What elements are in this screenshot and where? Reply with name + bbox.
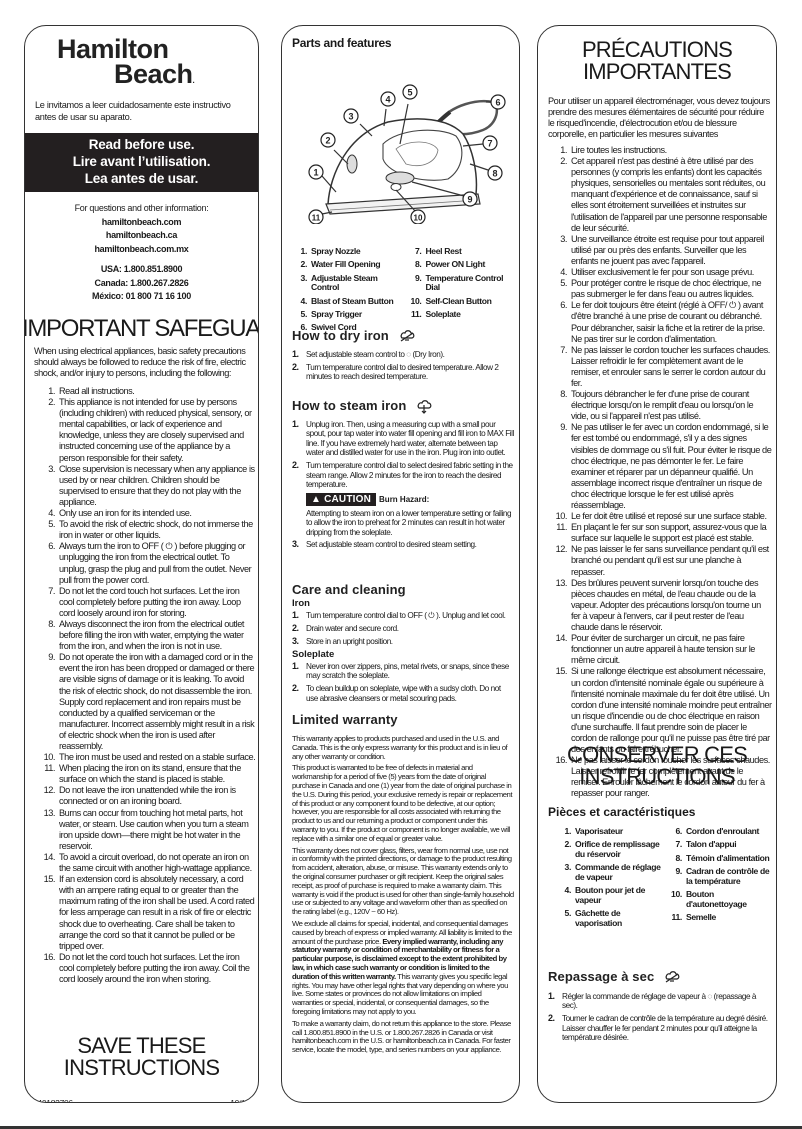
item-number: 8.: [548, 389, 567, 400]
steam-iron-heading: How to steam iron: [292, 398, 432, 414]
item-number: 2.: [548, 156, 567, 167]
list-item: 8.Toujours débrancher le fer d'une prise…: [548, 389, 772, 422]
item-text: Read all instructions.: [59, 386, 134, 396]
part-number: 1.: [294, 247, 307, 257]
part-item: 1.Spray Nozzle: [294, 247, 406, 257]
list-item: 3.Store in an upright position.: [292, 637, 514, 646]
item-text: Always disconnect the iron from the elec…: [59, 619, 244, 651]
banner-line-en: Read before use.: [25, 136, 258, 153]
list-item: 13.Des brûlures peuvent survenir lorsqu'…: [548, 578, 772, 633]
item-number: 3.: [34, 464, 55, 475]
item-text: If an extension cord is absolutely neces…: [59, 874, 254, 951]
item-number: 8.: [34, 619, 55, 630]
svg-text:3: 3: [348, 112, 353, 122]
list-item: 11.When placing the iron on its stand, e…: [34, 763, 256, 785]
item-text: Set adjustable steam control to desired …: [306, 540, 477, 549]
item-number: 14.: [34, 852, 55, 863]
precautions-title-line-1: PRÉCAUTIONS: [538, 39, 776, 61]
steam-icon: [416, 400, 432, 414]
item-number: 2.: [34, 397, 55, 408]
part-item: 7.Talon d'appui: [667, 840, 773, 850]
item-number: 2.: [292, 624, 299, 633]
part-item: 6.Cordon d'enroulant: [667, 827, 773, 837]
part-item: 8.Power ON Light: [406, 260, 514, 270]
item-number: 1.: [34, 386, 55, 397]
dry-iron-title: How to dry iron: [292, 328, 389, 343]
precautions-title-line-2: IMPORTANTES: [538, 61, 776, 83]
item-number: 1.: [292, 611, 299, 620]
part-item: 2.Water Fill Opening: [294, 260, 406, 270]
part-number: 3.: [558, 863, 571, 873]
part-number: 10.: [406, 297, 421, 307]
caution-badge: ▲ CAUTION: [306, 493, 376, 506]
part-number: 2.: [294, 260, 307, 270]
item-number: 7.: [34, 586, 55, 597]
item-text: Des brûlures peuvent survenir lorsqu'on …: [571, 578, 761, 632]
list-item: 12.Do not leave the iron unattended whil…: [34, 785, 256, 807]
website-ca[interactable]: hamiltonbeach.ca: [25, 229, 258, 243]
list-item: 12.Ne pas laisser le fer sans surveillan…: [548, 544, 772, 577]
list-item: 1.Unplug iron. Then, using a measuring c…: [292, 420, 514, 458]
part-label: Orifice de remplissage du réservoir: [575, 839, 660, 859]
list-item: 4.Utiliser exclusivement le fer pour son…: [548, 267, 772, 278]
care-cleaning-heading: Care and cleaning: [292, 582, 406, 597]
limited-warranty-heading: Limited warranty: [292, 712, 398, 727]
item-number: 4.: [34, 508, 55, 519]
item-text: Burns can occur from touching hot metal …: [59, 808, 248, 851]
svg-text:4: 4: [385, 95, 390, 105]
svg-text:1: 1: [313, 168, 318, 178]
contact-info: For questions and other information: ham…: [25, 202, 258, 304]
list-item: 3.Set adjustable steam control to desire…: [292, 540, 514, 549]
list-item: 2.Turn temperature control dial to selec…: [292, 461, 514, 489]
item-number: 12.: [548, 544, 567, 555]
list-item: 1.Lire toutes les instructions.: [548, 145, 772, 156]
part-label: Spray Trigger: [311, 309, 362, 319]
item-number: 6.: [34, 541, 55, 552]
item-text: Pour éviter de surcharger un circuit, ne…: [571, 633, 755, 665]
date-code: 10/18: [230, 1098, 250, 1103]
precautions-intro: Pour utiliser un appareil électroménager…: [548, 96, 772, 140]
read-before-use-banner: Read before use. Lire avant l’utilisatio…: [25, 133, 258, 192]
item-number: 9.: [548, 422, 567, 433]
part-number: 2.: [558, 840, 571, 850]
conserver-line-1: CONSERVER CES: [538, 744, 776, 766]
banner-line-es: Lea antes de usar.: [25, 170, 258, 187]
list-item: 2.To clean buildup on soleplate, wipe wi…: [292, 684, 514, 703]
part-number: 1.: [558, 827, 571, 837]
item-number: 14.: [548, 633, 567, 644]
item-number: 7.: [548, 345, 567, 356]
item-text: Turn temperature control dial to OFF ( ⏻…: [306, 611, 505, 620]
item-text: Never iron over zippers, pins, metal riv…: [306, 662, 509, 680]
part-label: Vaporisateur: [575, 826, 623, 836]
iron-care-steps: 1.Turn temperature control dial to OFF (…: [292, 611, 514, 650]
item-text: Only use an iron for its intended use.: [59, 508, 192, 518]
list-item: 3.Close supervision is necessary when an…: [34, 464, 256, 508]
item-text: Ne pas laisser le cordon toucher les sur…: [571, 345, 770, 388]
part-label: Power ON Light: [425, 259, 485, 269]
part-label: Témoin d'alimentation: [686, 853, 770, 863]
list-item: 2.This appliance is not intended for use…: [34, 397, 256, 464]
item-number: 1.: [292, 662, 299, 671]
item-number: 3.: [292, 540, 299, 549]
precautions-title: PRÉCAUTIONS IMPORTANTES: [538, 39, 776, 83]
part-item: 11.Soleplate: [406, 310, 514, 320]
part-number: 4.: [558, 886, 571, 896]
item-number: 10.: [548, 511, 567, 522]
part-label: Commande de réglage de vapeur: [575, 862, 661, 882]
soleplate-subheading: Soleplate: [292, 649, 334, 660]
part-item: 10.Bouton d'autonettoyage: [667, 890, 773, 909]
item-number: 2.: [292, 461, 299, 470]
parts-and-usage-panel: Parts and features 1 2 3 4 5: [281, 25, 520, 1103]
website-mx[interactable]: hamiltonbeach.com.mx: [25, 243, 258, 257]
phone-mexico: México: 01 800 71 16 100: [25, 290, 258, 304]
warranty-paragraph: To make a warranty claim, do not return …: [292, 1020, 514, 1055]
item-text: Le fer doit être utilisé et reposé sur u…: [571, 511, 767, 521]
part-label: Soleplate: [425, 309, 460, 319]
item-text: Une surveillance étroite est requise pou…: [571, 234, 764, 266]
part-label: Semelle: [686, 912, 716, 922]
warranty-paragraph: This product is warranted to be free of …: [292, 764, 514, 843]
list-item: 9.Do not operate the iron with a damaged…: [34, 652, 256, 752]
parts-list: 1.Spray Nozzle2.Water Fill Opening3.Adju…: [294, 247, 514, 337]
dry-iron-icon: [399, 330, 415, 344]
website-us[interactable]: hamiltonbeach.com: [25, 216, 258, 230]
part-label: Temperature Control Dial: [425, 273, 503, 293]
list-item: 6.Always turn the iron to OFF ( ⏻ ) befo…: [34, 541, 256, 585]
list-item: 4.Only use an iron for its intended use.: [34, 508, 256, 519]
list-item: 2.Drain water and secure cord.: [292, 624, 514, 633]
parts-features-title: Parts and features: [292, 36, 391, 50]
item-number: 15.: [34, 874, 55, 885]
list-item: 2.Tourner le cadran de contrôle de la te…: [548, 1014, 770, 1042]
item-text: Store in an upright position.: [306, 637, 393, 646]
part-number: 840182706: [33, 1098, 73, 1103]
caution-body: Attempting to steam iron on a lower temp…: [292, 509, 514, 537]
item-text: Do not let the cord touch hot surfaces. …: [59, 952, 250, 984]
list-item: 1.Turn temperature control dial to OFF (…: [292, 611, 514, 620]
item-number: 3.: [292, 637, 299, 646]
item-number: 2.: [548, 1014, 555, 1023]
part-label: Spray Nozzle: [311, 246, 360, 256]
iron-diagram: 1 2 3 4 5 6 7 8 9 10 11: [288, 54, 516, 224]
item-number: 16.: [34, 952, 55, 963]
item-number: 11.: [34, 763, 55, 774]
list-item: 2.Cet appareil n'est pas destiné à être …: [548, 156, 772, 234]
banner-line-fr: Lire avant l’utilisation.: [25, 153, 258, 170]
part-item: 1.Vaporisateur: [558, 827, 667, 837]
part-item: 8.Témoin d'alimentation: [667, 854, 773, 864]
list-item: 14.Pour éviter de surcharger un circuit,…: [548, 633, 772, 666]
list-item: 5.To avoid the risk of electric shock, d…: [34, 519, 256, 541]
svg-text:9: 9: [467, 195, 472, 205]
part-number: 6.: [667, 827, 682, 837]
repassage-sec-title: Repassage à sec: [548, 969, 654, 984]
part-item: 3.Adjustable Steam Control: [294, 274, 406, 293]
part-number: 11.: [667, 913, 682, 923]
item-number: 2.: [292, 684, 299, 693]
item-text: Do not let the cord touch hot surfaces. …: [59, 586, 241, 618]
item-text: To avoid the risk of electric shock, do …: [59, 519, 253, 540]
item-number: 13.: [34, 808, 55, 819]
item-number: 5.: [548, 278, 567, 289]
phone-usa: USA: 1.800.851.8900: [25, 263, 258, 277]
part-item: 10.Self-Clean Button: [406, 297, 514, 307]
item-number: 2.: [292, 363, 299, 372]
item-text: Ne pas utiliser le fer avec un cordon en…: [571, 422, 771, 510]
item-text: Si une rallonge électrique est absolumen…: [571, 666, 772, 754]
part-number: 10.: [667, 890, 682, 900]
part-number: 9.: [406, 274, 421, 284]
part-item: 11.Semelle: [667, 913, 773, 923]
caution-row: ▲ CAUTIONBurn Hazard:: [306, 493, 514, 506]
part-number: 5.: [558, 909, 571, 919]
list-item: 9.Ne pas utiliser le fer avec un cordon …: [548, 422, 772, 511]
steam-iron-steps: 1.Unplug iron. Then, using a measuring c…: [292, 420, 514, 553]
item-number: 1.: [548, 145, 567, 156]
dry-iron-steps: 1.Set adjustable steam control to ◌ (Dry…: [292, 350, 514, 385]
part-item: 2.Orifice de remplissage du réservoir: [558, 840, 667, 859]
item-text: Unplug iron. Then, using a measuring cup…: [306, 420, 514, 457]
item-text: Utiliser exclusivement le fer pour son u…: [571, 267, 754, 277]
repassage-sec-steps: 1.Régler la commande de réglage de vapeu…: [548, 992, 770, 1046]
part-number: 3.: [294, 274, 307, 284]
soleplate-care-steps: 1.Never iron over zippers, pins, metal r…: [292, 662, 514, 707]
part-item: 7.Heel Rest: [406, 247, 514, 257]
item-text: Drain water and secure cord.: [306, 624, 399, 633]
part-label: Bouton pour jet de vapeur: [575, 885, 645, 905]
item-text: Close supervision is necessary when any …: [59, 464, 255, 507]
french-precautions-panel: PRÉCAUTIONS IMPORTANTES Pour utiliser un…: [537, 25, 777, 1103]
part-label: Cordon d'enroulant: [686, 826, 759, 836]
svg-text:7: 7: [487, 139, 492, 149]
item-text: To avoid a circuit overload, do not oper…: [59, 852, 252, 873]
phone-canada: Canada: 1.800.267.2826: [25, 277, 258, 291]
item-text: Pour protéger contre le risque de choc é…: [571, 278, 761, 299]
list-item: 13.Burns can occur from touching hot met…: [34, 808, 256, 852]
list-item: 5.Pour protéger contre le risque de choc…: [548, 278, 772, 300]
item-text: Cet appareil n'est pas destiné à être ut…: [571, 156, 767, 233]
item-text: Toujours débrancher le fer d'une prise d…: [571, 389, 753, 421]
item-text: When placing the iron on its stand, ensu…: [59, 763, 241, 784]
steam-iron-title: How to steam iron: [292, 398, 406, 413]
item-text: This appliance is not intended for use b…: [59, 397, 252, 462]
item-number: 15.: [548, 666, 567, 677]
part-item: 9.Cadran de contrôle de la température: [667, 867, 773, 886]
dry-iron-heading: How to dry iron: [292, 328, 415, 344]
item-text: Régler la commande de réglage de vapeur …: [562, 992, 756, 1010]
list-item: 2.Turn temperature control dial to desir…: [292, 363, 514, 382]
precautions-list: 1.Lire toutes les instructions.2.Cet app…: [548, 145, 772, 800]
burn-hazard-label: Burn Hazard:: [379, 495, 429, 504]
svg-text:2: 2: [325, 136, 330, 146]
save-line-1: SAVE THESE: [25, 1035, 258, 1057]
english-safeguards-panel: Hamilton Beach. Le invitamos a leer cuid…: [24, 25, 259, 1103]
part-number: 8.: [667, 854, 682, 864]
item-text: Lire toutes les instructions.: [571, 145, 667, 155]
part-item: 5.Gâchette de vaporisation: [558, 909, 667, 928]
warranty-paragraph: This warranty applies to products purcha…: [292, 735, 514, 761]
part-number: 7.: [406, 247, 421, 257]
item-text: To clean buildup on soleplate, wipe with…: [306, 684, 501, 702]
list-item: 1.Régler la commande de réglage de vapeu…: [548, 992, 770, 1011]
list-item: 3.Une surveillance étroite est requise p…: [548, 234, 772, 267]
list-item: 10.The iron must be used and rested on a…: [34, 752, 256, 763]
item-text: Turn temperature control dial to select …: [306, 461, 513, 489]
repassage-sec-heading: Repassage à sec: [548, 969, 680, 985]
part-number: 5.: [294, 310, 307, 320]
item-number: 10.: [34, 752, 55, 763]
part-label: Gâchette de vaporisation: [575, 908, 622, 928]
warranty-paragraph: We exclude all claims for special, incid…: [292, 920, 514, 1017]
item-number: 1.: [292, 420, 299, 429]
contact-intro: For questions and other information:: [25, 202, 258, 216]
part-label: Cadran de contrôle de la température: [686, 866, 769, 886]
item-text: Set adjustable steam control to ◌ (Dry I…: [306, 350, 444, 359]
list-item: 1.Set adjustable steam control to ◌ (Dry…: [292, 350, 514, 359]
item-text: Do not operate the iron with a damaged c…: [59, 652, 254, 751]
item-number: 6.: [548, 300, 567, 311]
part-number: 4.: [294, 297, 307, 307]
list-item: 1.Read all instructions.: [34, 386, 256, 397]
item-text: The iron must be used and rested on a st…: [59, 752, 255, 762]
part-label: Self-Clean Button: [425, 296, 491, 306]
warranty-paragraph: This warranty does not cover glass, filt…: [292, 847, 514, 917]
list-item: 7.Do not let the cord touch hot surfaces…: [34, 586, 256, 619]
list-item: 15.If an extension cord is absolutely ne…: [34, 874, 256, 952]
part-number: 8.: [406, 260, 421, 270]
item-number: 11.: [548, 522, 567, 533]
svg-text:5: 5: [407, 88, 412, 98]
list-item: 7.Ne pas laisser le cordon toucher les s…: [548, 345, 772, 389]
pieces-title: Pièces et caractéristiques: [548, 805, 695, 819]
part-label: Bouton d'autonettoyage: [686, 889, 747, 909]
part-number: 9.: [667, 867, 682, 877]
item-text: Turn temperature control dial to desired…: [306, 363, 499, 381]
part-label: Talon d'appui: [686, 839, 736, 849]
part-label: Adjustable Steam Control: [311, 273, 378, 293]
part-item: 3.Commande de réglage de vapeur: [558, 863, 667, 882]
safeguards-intro: When using electrical appliances, basic …: [34, 346, 256, 379]
svg-text:8: 8: [492, 169, 497, 179]
brand-dot: .: [193, 76, 195, 85]
part-label: Water Fill Opening: [311, 259, 380, 269]
list-item: 11.En plaçant le fer sur son support, as…: [548, 522, 772, 544]
part-item: 4.Bouton pour jet de vapeur: [558, 886, 667, 905]
safeguards-list: 1.Read all instructions.2.This appliance…: [34, 386, 256, 985]
item-number: 12.: [34, 785, 55, 796]
list-item: 14.To avoid a circuit overload, do not o…: [34, 852, 256, 874]
conserver-line-2: INSTRUCTIONS: [538, 766, 776, 788]
part-item: 4.Blast of Steam Button: [294, 297, 406, 307]
list-item: 1.Never iron over zippers, pins, metal r…: [292, 662, 514, 681]
list-item: 8.Always disconnect the iron from the el…: [34, 619, 256, 652]
warranty-text: This warranty applies to products purcha…: [292, 735, 514, 1058]
item-text: Always turn the iron to OFF ( ⏻ ) before…: [59, 541, 251, 584]
item-text: Do not leave the iron unattended while t…: [59, 785, 236, 806]
item-number: 9.: [34, 652, 55, 663]
save-line-2: INSTRUCTIONS: [25, 1057, 258, 1079]
spanish-intro: Le invitamos a leer cuidadosamente este …: [35, 99, 250, 123]
pieces-list: 1.Vaporisateur2.Orifice de remplissage d…: [558, 827, 773, 932]
item-text: Tourner le cadran de contrôle de la temp…: [562, 1014, 768, 1042]
part-label: Heel Rest: [425, 246, 461, 256]
item-text: Ne pas laisser le fer sans surveillance …: [571, 544, 769, 576]
part-number: 11.: [406, 310, 421, 320]
list-item: 6.Le fer doit toujours être éteint (régl…: [548, 300, 772, 344]
svg-text:10: 10: [414, 214, 423, 223]
part-number: 7.: [667, 840, 682, 850]
dry-iron-icon: [664, 971, 680, 985]
hamilton-beach-logo: Hamilton Beach.: [57, 37, 194, 93]
conserver-instructions-title: CONSERVER CES INSTRUCTIONS: [538, 744, 776, 788]
item-number: 13.: [548, 578, 567, 589]
save-instructions-title: SAVE THESE INSTRUCTIONS: [25, 1035, 258, 1079]
item-number: 1.: [548, 992, 555, 1001]
important-safeguards-title: IMPORTANT SAFEGUARDS: [24, 316, 259, 342]
item-number: 5.: [34, 519, 55, 530]
svg-text:11: 11: [312, 214, 321, 223]
item-text: Le fer doit toujours être éteint (réglé …: [571, 300, 765, 343]
part-item: 9.Temperature Control Dial: [406, 274, 514, 293]
brand-line-2: Beach: [114, 59, 193, 89]
svg-text:6: 6: [495, 98, 500, 108]
list-item: 16.Do not let the cord touch hot surface…: [34, 952, 256, 985]
list-item: 10.Le fer doit être utilisé et reposé su…: [548, 511, 772, 522]
item-text: En plaçant le fer sur son support, assur…: [571, 522, 766, 543]
item-number: 4.: [548, 267, 567, 278]
iron-subheading: Iron: [292, 598, 310, 609]
part-item: 5.Spray Trigger: [294, 310, 406, 320]
part-label: Blast of Steam Button: [311, 296, 393, 306]
item-number: 3.: [548, 234, 567, 245]
item-number: 1.: [292, 350, 299, 359]
